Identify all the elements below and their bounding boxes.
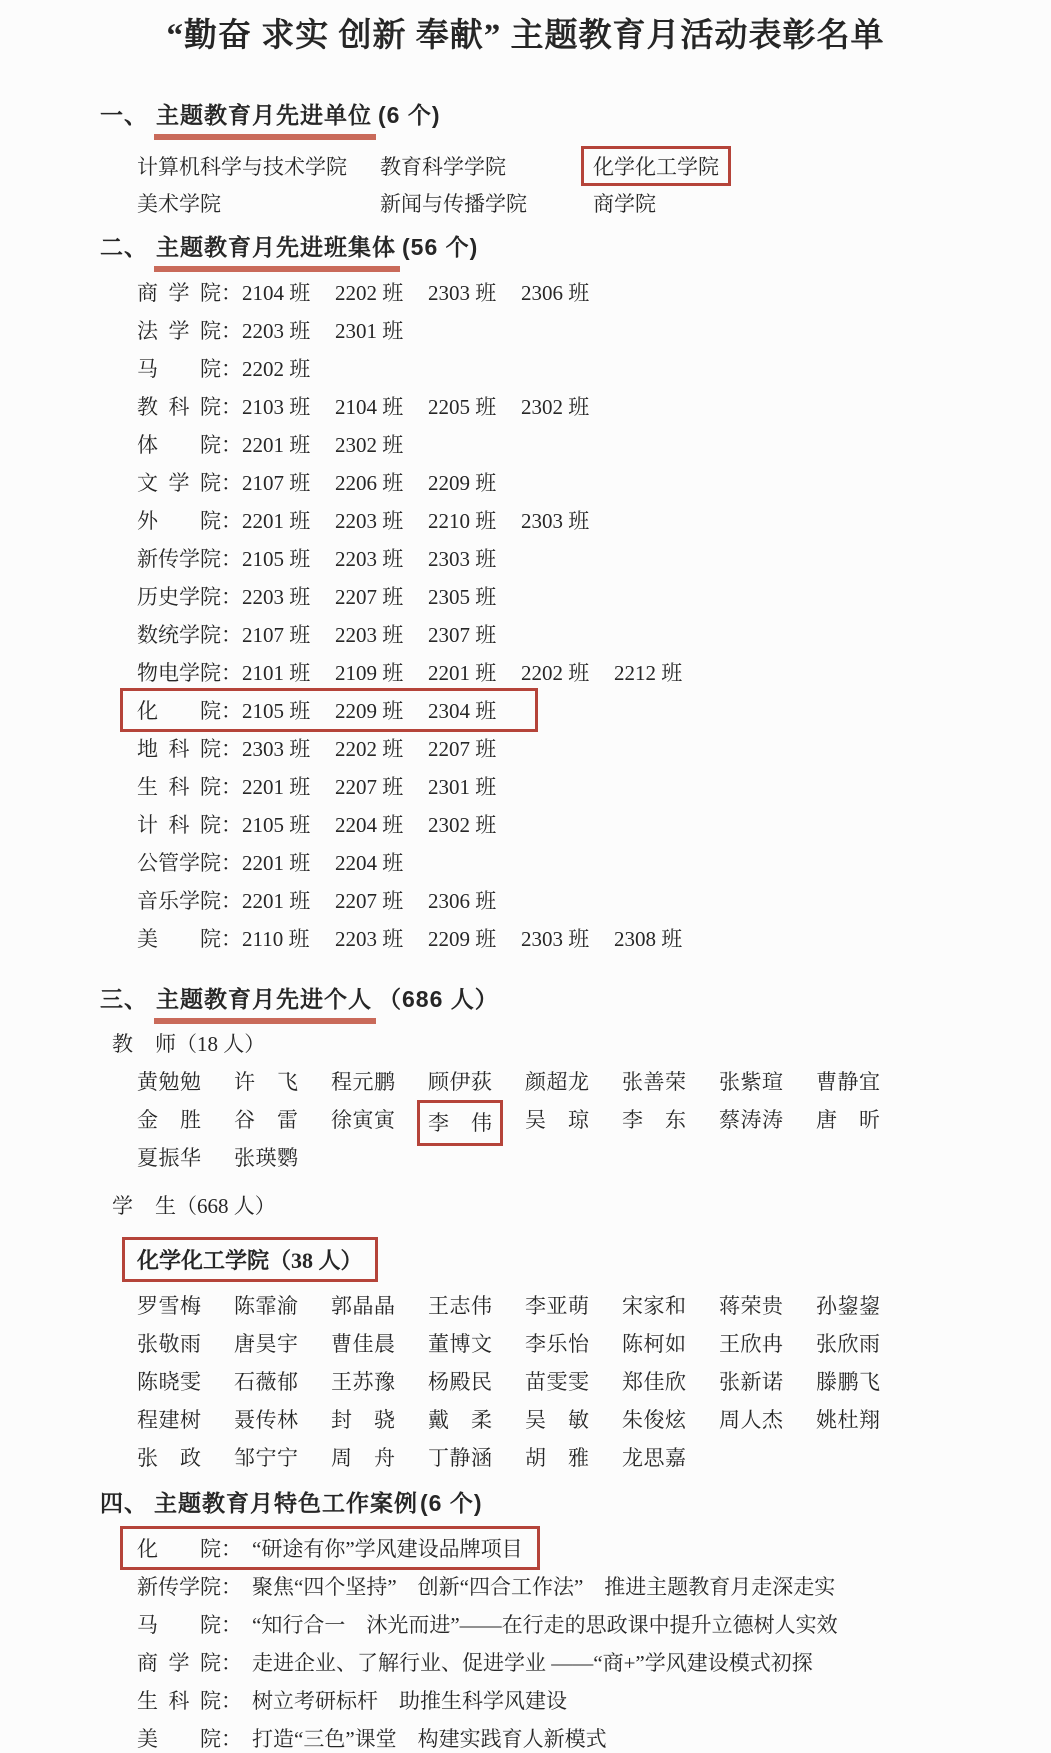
person-name: 张欣雨 xyxy=(816,1325,880,1363)
section-units-title: 主题教育月先进单位 xyxy=(154,102,376,140)
class-item: 2207 班 xyxy=(428,733,521,763)
person-name: 胡雅 xyxy=(525,1439,589,1477)
college-colon: ： xyxy=(221,543,242,573)
class-collective-row: 历史学院：2203 班2207 班2305 班 xyxy=(137,577,1051,615)
college-colon: ： xyxy=(221,353,242,383)
section-cases-title: 主题教育月特色工作案例 xyxy=(154,1490,418,1516)
class-item: 2212 班 xyxy=(614,657,707,687)
person-cell: 陈晓雯 xyxy=(137,1363,234,1401)
college-label: 教科院 xyxy=(137,391,221,421)
class-collective-row: 数统学院：2107 班2203 班2307 班 xyxy=(137,615,1051,653)
class-collective-row: 法学院：2203 班2301 班 xyxy=(137,311,1051,349)
person-cell: 周人杰 xyxy=(719,1401,816,1439)
person-name: 李伟 xyxy=(428,1104,492,1142)
college-colon: ： xyxy=(221,505,242,535)
class-row-content: 教科院：2103 班2104 班2205 班2302 班 xyxy=(137,391,614,421)
person-name: 罗雪梅 xyxy=(137,1287,201,1325)
person-cell: 李乐怡 xyxy=(525,1325,622,1363)
students-count: （668 人） xyxy=(176,1194,276,1218)
class-collective-row: 地科院：2303 班2202 班2207 班 xyxy=(137,729,1051,767)
class-collective-row: 文学院：2107 班2206 班2209 班 xyxy=(137,463,1051,501)
college-colon: ： xyxy=(221,429,242,459)
class-row-content: 生科院：2201 班2207 班2301 班 xyxy=(137,771,521,801)
section-classes-title: 主题教育月先进班集体 xyxy=(154,234,400,272)
college-colon: ： xyxy=(221,619,242,649)
person-cell: 张政 xyxy=(137,1439,234,1477)
college-label: 文学院 xyxy=(137,467,221,497)
class-item: 2210 班 xyxy=(428,505,521,535)
class-item: 2204 班 xyxy=(335,809,428,839)
person-cell: 石薇郁 xyxy=(234,1363,331,1401)
college-label: 商学院 xyxy=(137,1647,221,1677)
person-cell: 张敬雨 xyxy=(137,1325,234,1363)
college-label: 化院 xyxy=(137,1533,221,1563)
person-name: 吴敏 xyxy=(525,1401,589,1439)
college-label: 历史学院 xyxy=(137,581,221,611)
class-row-content: 法学院：2203 班2301 班 xyxy=(137,315,428,345)
department-count: （38 人） xyxy=(269,1248,363,1273)
class-item: 2207 班 xyxy=(335,885,428,915)
class-item: 2110 班 xyxy=(242,923,335,953)
class-item: 2204 班 xyxy=(335,847,428,877)
class-item: 2202 班 xyxy=(335,277,428,307)
case-text: “知行合一 沐光而进”——在行走的思政课中提升立德树人实效 xyxy=(252,1609,838,1639)
teachers-count: （18 人） xyxy=(176,1032,265,1056)
college-label: 新传学院 xyxy=(137,1571,221,1601)
college-colon: ： xyxy=(221,1723,242,1753)
section-cases-heading: 四、主题教育月特色工作案例(6 个) xyxy=(100,1487,1051,1519)
unit-name: 计算机科学与技术学院 xyxy=(137,155,347,179)
section-classes-count: (56 个) xyxy=(402,234,478,260)
case-row-content: 商学院：走进企业、了解行业、促进学业 ——“商+”学风建设模式初探 xyxy=(137,1647,813,1677)
person-cell: 蔡涛涛 xyxy=(719,1101,816,1139)
class-item: 2209 班 xyxy=(335,695,428,725)
person-cell: 王欣冉 xyxy=(719,1325,816,1363)
class-collective-row: 音乐学院：2201 班2207 班2306 班 xyxy=(137,881,1051,919)
person-name: 李亚萌 xyxy=(525,1287,589,1325)
class-row-content: 美院：2110 班2203 班2209 班2303 班2308 班 xyxy=(137,923,707,953)
students-subheading: 学生（668 人） xyxy=(112,1191,1051,1221)
class-item: 2109 班 xyxy=(335,657,428,687)
class-collective-row: 新传学院：2105 班2203 班2303 班 xyxy=(137,539,1051,577)
class-item: 2302 班 xyxy=(335,429,428,459)
class-row-content: 商学院：2104 班2202 班2303 班2306 班 xyxy=(137,277,614,307)
unit-cell: 计算机科学与技术学院 xyxy=(137,151,380,181)
person-name: 张新诺 xyxy=(719,1363,783,1401)
person-cell: 张善荣 xyxy=(622,1063,719,1101)
person-cell: 张欣雨 xyxy=(816,1325,913,1363)
class-row-content: 马院：2202 班 xyxy=(137,353,335,383)
college-label: 音乐学院 xyxy=(137,885,221,915)
college-colon: ： xyxy=(221,695,242,725)
section-individuals-count: （686 人） xyxy=(378,986,499,1012)
class-item: 2203 班 xyxy=(242,315,335,345)
person-name: 周人杰 xyxy=(719,1401,783,1439)
class-item: 2205 班 xyxy=(428,391,521,421)
case-row: 美院：打造“三色”课堂 构建实践育人新模式 xyxy=(137,1719,1051,1753)
section-units-heading: 一、主题教育月先进单位(6 个) xyxy=(100,99,1051,131)
person-cell: 金胜 xyxy=(137,1101,234,1139)
person-name: 曹佳晨 xyxy=(331,1325,395,1363)
college-label: 法学院 xyxy=(137,315,221,345)
department-heading-box: 化学化工学院（38 人） xyxy=(122,1237,378,1282)
person-cell: 程元鹏 xyxy=(331,1063,428,1101)
class-item: 2203 班 xyxy=(335,619,428,649)
person-cell: 张瑛鹦 xyxy=(234,1139,331,1177)
unit-name: 教育科学学院 xyxy=(380,155,506,179)
class-row-content: 数统学院：2107 班2203 班2307 班 xyxy=(137,619,521,649)
person-name: 郑佳欣 xyxy=(622,1363,686,1401)
person-name: 丁静涵 xyxy=(428,1439,492,1477)
college-label: 外院 xyxy=(137,505,221,535)
person-name: 程建树 xyxy=(137,1401,201,1439)
document-title: “勤奋 求实 创新 奉献” 主题教育月活动表彰名单 xyxy=(0,0,1051,59)
college-label: 计科院 xyxy=(137,809,221,839)
students-name-grid: 罗雪梅陈霏渝郭晶晶王志伟李亚萌宋家和蒋荣贵孙鋆鋆张敬雨唐昊宇曹佳晨董博文李乐怡陈… xyxy=(137,1287,1051,1477)
person-name: 封骁 xyxy=(331,1401,395,1439)
person-cell: 郑佳欣 xyxy=(622,1363,719,1401)
college-colon: ： xyxy=(221,771,242,801)
class-collective-row: 教科院：2103 班2104 班2205 班2302 班 xyxy=(137,387,1051,425)
teachers-name-grid: 黄勉勉许飞程元鹏顾伊荻颜超龙张善荣张紫瑄曹静宜金胜谷雷徐寅寅李伟吴琼李东蔡涛涛唐… xyxy=(137,1063,1051,1177)
college-label: 生科院 xyxy=(137,1685,221,1715)
person-name-box: 李伟 xyxy=(417,1100,503,1146)
class-item: 2207 班 xyxy=(335,771,428,801)
person-cell: 丁静涵 xyxy=(428,1439,525,1477)
class-item: 2202 班 xyxy=(335,733,428,763)
college-colon: ： xyxy=(221,1647,242,1677)
class-item: 2203 班 xyxy=(335,505,428,535)
class-row-content: 化院：2105 班2209 班2304 班 xyxy=(120,688,538,732)
college-label: 商学院 xyxy=(137,277,221,307)
class-item: 2203 班 xyxy=(335,923,428,953)
college-colon: ： xyxy=(221,1533,242,1563)
person-cell: 孙鋆鋆 xyxy=(816,1287,913,1325)
college-label: 地科院 xyxy=(137,733,221,763)
class-row-content: 文学院：2107 班2206 班2209 班 xyxy=(137,467,521,497)
class-collective-row: 公管学院：2201 班2204 班 xyxy=(137,843,1051,881)
class-row-content: 物电学院：2101 班2109 班2201 班2202 班2212 班 xyxy=(137,657,707,687)
class-row-content: 历史学院：2203 班2207 班2305 班 xyxy=(137,581,521,611)
class-row-content: 外院：2201 班2203 班2210 班2303 班 xyxy=(137,505,614,535)
college-colon: ： xyxy=(221,1685,242,1715)
college-label: 马院 xyxy=(137,353,221,383)
class-item: 2201 班 xyxy=(242,847,335,877)
department-name: 化学化工学院 xyxy=(137,1248,269,1273)
college-colon: ： xyxy=(221,581,242,611)
unit-cell: 美术学院 xyxy=(137,188,380,218)
person-name: 李东 xyxy=(622,1101,686,1139)
class-item: 2306 班 xyxy=(521,277,614,307)
college-label: 化院 xyxy=(137,695,221,725)
section-individuals-number: 三、 xyxy=(100,986,148,1012)
case-row-content: 化院：“研途有你”学风建设品牌项目 xyxy=(120,1526,540,1570)
class-row-content: 计科院：2105 班2204 班2302 班 xyxy=(137,809,521,839)
person-name: 邹宁宁 xyxy=(234,1439,298,1477)
person-cell: 聂传林 xyxy=(234,1401,331,1439)
person-name: 石薇郁 xyxy=(234,1363,298,1401)
class-row-content: 音乐学院：2201 班2207 班2306 班 xyxy=(137,885,521,915)
class-collective-row: 体院：2201 班2302 班 xyxy=(137,425,1051,463)
person-cell: 龙思嘉 xyxy=(622,1439,719,1477)
person-cell: 陈霏渝 xyxy=(234,1287,331,1325)
person-cell: 滕鹏飞 xyxy=(816,1363,913,1401)
college-label: 数统学院 xyxy=(137,619,221,649)
college-colon: ： xyxy=(221,1571,242,1601)
person-cell: 张新诺 xyxy=(719,1363,816,1401)
college-colon: ： xyxy=(221,277,242,307)
person-cell: 张紫瑄 xyxy=(719,1063,816,1101)
person-cell: 苗雯雯 xyxy=(525,1363,622,1401)
case-row-content: 新传学院：聚焦“四个坚持” 创新“四合工作法” 推进主题教育月走深走实 xyxy=(137,1571,835,1601)
class-item: 2203 班 xyxy=(335,543,428,573)
class-item: 2304 班 xyxy=(428,695,521,725)
class-item: 2103 班 xyxy=(242,391,335,421)
person-name: 龙思嘉 xyxy=(622,1439,686,1477)
person-name: 王欣冉 xyxy=(719,1325,783,1363)
class-item: 2201 班 xyxy=(428,657,521,687)
person-name: 张瑛鹦 xyxy=(234,1139,298,1177)
person-name: 苗雯雯 xyxy=(525,1363,589,1401)
person-name: 戴柔 xyxy=(428,1401,492,1439)
section-cases-count: (6 个) xyxy=(420,1490,483,1516)
section-units-number: 一、 xyxy=(100,102,148,128)
person-cell: 吴琼 xyxy=(525,1101,622,1139)
class-row-content: 地科院：2303 班2202 班2207 班 xyxy=(137,733,521,763)
person-name: 姚杜翔 xyxy=(816,1401,880,1439)
section-individuals-heading: 三、主题教育月先进个人（686 人） xyxy=(100,983,1051,1015)
class-collective-row: 商学院：2104 班2202 班2303 班2306 班 xyxy=(137,273,1051,311)
case-row: 化院：“研途有你”学风建设品牌项目 xyxy=(137,1529,1051,1567)
unit-cell: 化学化工学院 xyxy=(593,148,719,184)
person-name: 滕鹏飞 xyxy=(816,1363,880,1401)
person-name: 徐寅寅 xyxy=(331,1101,395,1139)
person-cell: 戴柔 xyxy=(428,1401,525,1439)
case-text: “研途有你”学风建设品牌项目 xyxy=(252,1533,523,1563)
person-cell: 封骁 xyxy=(331,1401,428,1439)
college-colon: ： xyxy=(221,391,242,421)
class-item: 2206 班 xyxy=(335,467,428,497)
person-cell: 曹静宜 xyxy=(816,1063,913,1101)
person-cell: 颜超龙 xyxy=(525,1063,622,1101)
class-item: 2302 班 xyxy=(521,391,614,421)
class-row-content: 公管学院：2201 班2204 班 xyxy=(137,847,428,877)
person-cell: 程建树 xyxy=(137,1401,234,1439)
person-name: 张紫瑄 xyxy=(719,1063,783,1101)
class-item: 2302 班 xyxy=(428,809,521,839)
unit-row: 美术学院新闻与传播学院商学院 xyxy=(137,184,1051,221)
college-colon: ： xyxy=(221,847,242,877)
case-text: 树立考研标杆 助推生科学风建设 xyxy=(252,1685,567,1715)
college-label: 新传学院 xyxy=(137,543,221,573)
person-cell: 李东 xyxy=(622,1101,719,1139)
class-row-content: 新传学院：2105 班2203 班2303 班 xyxy=(137,543,521,573)
class-item: 2201 班 xyxy=(242,505,335,535)
class-item: 2308 班 xyxy=(614,923,707,953)
person-name: 陈霏渝 xyxy=(234,1287,298,1325)
person-name: 周舟 xyxy=(331,1439,395,1477)
person-name: 唐昕 xyxy=(816,1101,880,1139)
class-item: 2105 班 xyxy=(242,695,335,725)
class-collective-row: 生科院：2201 班2207 班2301 班 xyxy=(137,767,1051,805)
class-item: 2303 班 xyxy=(428,543,521,573)
person-name: 宋家和 xyxy=(622,1287,686,1325)
college-label: 体院 xyxy=(137,429,221,459)
college-colon: ： xyxy=(221,1609,242,1639)
class-item: 2305 班 xyxy=(428,581,521,611)
college-label: 马院 xyxy=(137,1609,221,1639)
college-label: 美院 xyxy=(137,923,221,953)
person-name: 唐昊宇 xyxy=(234,1325,298,1363)
class-item: 2306 班 xyxy=(428,885,521,915)
person-name: 王苏豫 xyxy=(331,1363,395,1401)
college-colon: ： xyxy=(221,885,242,915)
class-item: 2107 班 xyxy=(242,467,335,497)
class-item: 2209 班 xyxy=(428,467,521,497)
college-colon: ： xyxy=(221,809,242,839)
person-name: 聂传林 xyxy=(234,1401,298,1439)
person-name: 顾伊荻 xyxy=(428,1063,492,1101)
person-cell: 王苏豫 xyxy=(331,1363,428,1401)
unit-name: 商学院 xyxy=(593,192,656,216)
case-row-content: 美院：打造“三色”课堂 构建实践育人新模式 xyxy=(137,1723,607,1753)
class-item: 2201 班 xyxy=(242,885,335,915)
class-item: 2104 班 xyxy=(335,391,428,421)
person-cell: 吴敏 xyxy=(525,1401,622,1439)
person-cell: 王志伟 xyxy=(428,1287,525,1325)
person-name: 陈晓雯 xyxy=(137,1363,201,1401)
section-classes-number: 二、 xyxy=(100,234,148,260)
case-row: 马院：“知行合一 沐光而进”——在行走的思政课中提升立德树人实效 xyxy=(137,1605,1051,1643)
section-units-count: (6 个) xyxy=(378,102,441,128)
class-collective-row: 马院：2202 班 xyxy=(137,349,1051,387)
class-item: 2201 班 xyxy=(242,771,335,801)
class-item: 2101 班 xyxy=(242,657,335,687)
class-item: 2105 班 xyxy=(242,543,335,573)
person-name: 蒋荣贵 xyxy=(719,1287,783,1325)
college-colon: ： xyxy=(221,467,242,497)
class-item: 2202 班 xyxy=(242,353,335,383)
college-label: 生科院 xyxy=(137,771,221,801)
class-item: 2207 班 xyxy=(335,581,428,611)
unit-cell: 教育科学学院 xyxy=(380,151,593,181)
class-item: 2104 班 xyxy=(242,277,335,307)
college-label: 物电学院 xyxy=(137,657,221,687)
section-cases-number: 四、 xyxy=(100,1490,148,1516)
person-cell: 曹佳晨 xyxy=(331,1325,428,1363)
section-individuals-title: 主题教育月先进个人 xyxy=(154,986,376,1024)
unit-cell: 新闻与传播学院 xyxy=(380,188,593,218)
class-item: 2202 班 xyxy=(521,657,614,687)
unit-row: 计算机科学与技术学院教育科学学院化学化工学院 xyxy=(137,147,1051,184)
case-text: 聚焦“四个坚持” 创新“四合工作法” 推进主题教育月走深走实 xyxy=(252,1571,835,1601)
case-row: 新传学院：聚焦“四个坚持” 创新“四合工作法” 推进主题教育月走深走实 xyxy=(137,1567,1051,1605)
class-item: 2303 班 xyxy=(521,505,614,535)
case-row: 商学院：走进企业、了解行业、促进学业 ——“商+”学风建设模式初探 xyxy=(137,1643,1051,1681)
person-cell: 杨殿民 xyxy=(428,1363,525,1401)
class-collective-row: 化院：2105 班2209 班2304 班 xyxy=(137,691,1051,729)
class-item: 2307 班 xyxy=(428,619,521,649)
unit-name: 化学化工学院 xyxy=(581,146,731,186)
person-cell: 谷雷 xyxy=(234,1101,331,1139)
person-cell: 胡雅 xyxy=(525,1439,622,1477)
commendation-document: “勤奋 求实 创新 奉献” 主题教育月活动表彰名单 一、主题教育月先进单位(6 … xyxy=(0,0,1051,1753)
person-name: 郭晶晶 xyxy=(331,1287,395,1325)
class-collective-row: 外院：2201 班2203 班2210 班2303 班 xyxy=(137,501,1051,539)
person-cell: 黄勉勉 xyxy=(137,1063,234,1101)
class-collective-row: 美院：2110 班2203 班2209 班2303 班2308 班 xyxy=(137,919,1051,957)
person-name: 孙鋆鋆 xyxy=(816,1287,880,1325)
person-name: 吴琼 xyxy=(525,1101,589,1139)
class-row-content: 体院：2201 班2302 班 xyxy=(137,429,428,459)
person-cell: 夏振华 xyxy=(137,1139,234,1177)
case-text: 走进企业、了解行业、促进学业 ——“商+”学风建设模式初探 xyxy=(252,1647,813,1677)
person-cell: 许飞 xyxy=(234,1063,331,1101)
department-heading-line: 化学化工学院（38 人） xyxy=(137,1237,1051,1281)
person-cell: 姚杜翔 xyxy=(816,1401,913,1439)
person-name: 程元鹏 xyxy=(331,1063,395,1101)
class-item: 2303 班 xyxy=(521,923,614,953)
person-name: 朱俊炫 xyxy=(622,1401,686,1439)
person-cell: 李伟 xyxy=(428,1101,525,1139)
person-cell: 陈柯如 xyxy=(622,1325,719,1363)
class-item: 2209 班 xyxy=(428,923,521,953)
class-item: 2301 班 xyxy=(428,771,521,801)
class-item: 2301 班 xyxy=(335,315,428,345)
section-classes-heading: 二、主题教育月先进班集体(56 个) xyxy=(100,231,1051,263)
person-cell: 郭晶晶 xyxy=(331,1287,428,1325)
person-name: 杨殿民 xyxy=(428,1363,492,1401)
class-item: 2203 班 xyxy=(242,581,335,611)
teachers-label: 教师 xyxy=(112,1029,176,1059)
person-name: 王志伟 xyxy=(428,1287,492,1325)
teachers-subheading: 教师（18 人） xyxy=(112,1029,1051,1059)
person-name: 曹静宜 xyxy=(816,1063,880,1101)
college-colon: ： xyxy=(221,733,242,763)
students-label: 学生 xyxy=(112,1191,176,1221)
person-name: 夏振华 xyxy=(137,1139,201,1177)
unit-cell: 商学院 xyxy=(593,188,656,218)
case-row: 生科院：树立考研标杆 助推生科学风建设 xyxy=(137,1681,1051,1719)
person-cell: 李亚萌 xyxy=(525,1287,622,1325)
person-cell: 唐昕 xyxy=(816,1101,913,1139)
class-collective-row: 计科院：2105 班2204 班2302 班 xyxy=(137,805,1051,843)
person-name: 谷雷 xyxy=(234,1101,298,1139)
unit-name: 美术学院 xyxy=(137,192,221,216)
class-item: 2303 班 xyxy=(242,733,335,763)
person-name: 董博文 xyxy=(428,1325,492,1363)
case-row-content: 生科院：树立考研标杆 助推生科学风建设 xyxy=(137,1685,567,1715)
person-cell: 唐昊宇 xyxy=(234,1325,331,1363)
person-name: 张善荣 xyxy=(622,1063,686,1101)
feature-cases-list: 化院：“研途有你”学风建设品牌项目新传学院：聚焦“四个坚持” 创新“四合工作法”… xyxy=(137,1529,1051,1753)
college-label: 公管学院 xyxy=(137,847,221,877)
person-name: 颜超龙 xyxy=(525,1063,589,1101)
advanced-classes-list: 商学院：2104 班2202 班2303 班2306 班法学院：2203 班23… xyxy=(137,273,1051,957)
person-name: 蔡涛涛 xyxy=(719,1101,783,1139)
college-colon: ： xyxy=(221,315,242,345)
person-name: 黄勉勉 xyxy=(137,1063,201,1101)
person-name: 李乐怡 xyxy=(525,1325,589,1363)
person-cell: 董博文 xyxy=(428,1325,525,1363)
person-cell: 周舟 xyxy=(331,1439,428,1477)
person-cell: 宋家和 xyxy=(622,1287,719,1325)
class-item: 2303 班 xyxy=(428,277,521,307)
case-row-content: 马院：“知行合一 沐光而进”——在行走的思政课中提升立德树人实效 xyxy=(137,1609,838,1639)
person-cell: 蒋荣贵 xyxy=(719,1287,816,1325)
person-cell: 邹宁宁 xyxy=(234,1439,331,1477)
class-collective-row: 物电学院：2101 班2109 班2201 班2202 班2212 班 xyxy=(137,653,1051,691)
